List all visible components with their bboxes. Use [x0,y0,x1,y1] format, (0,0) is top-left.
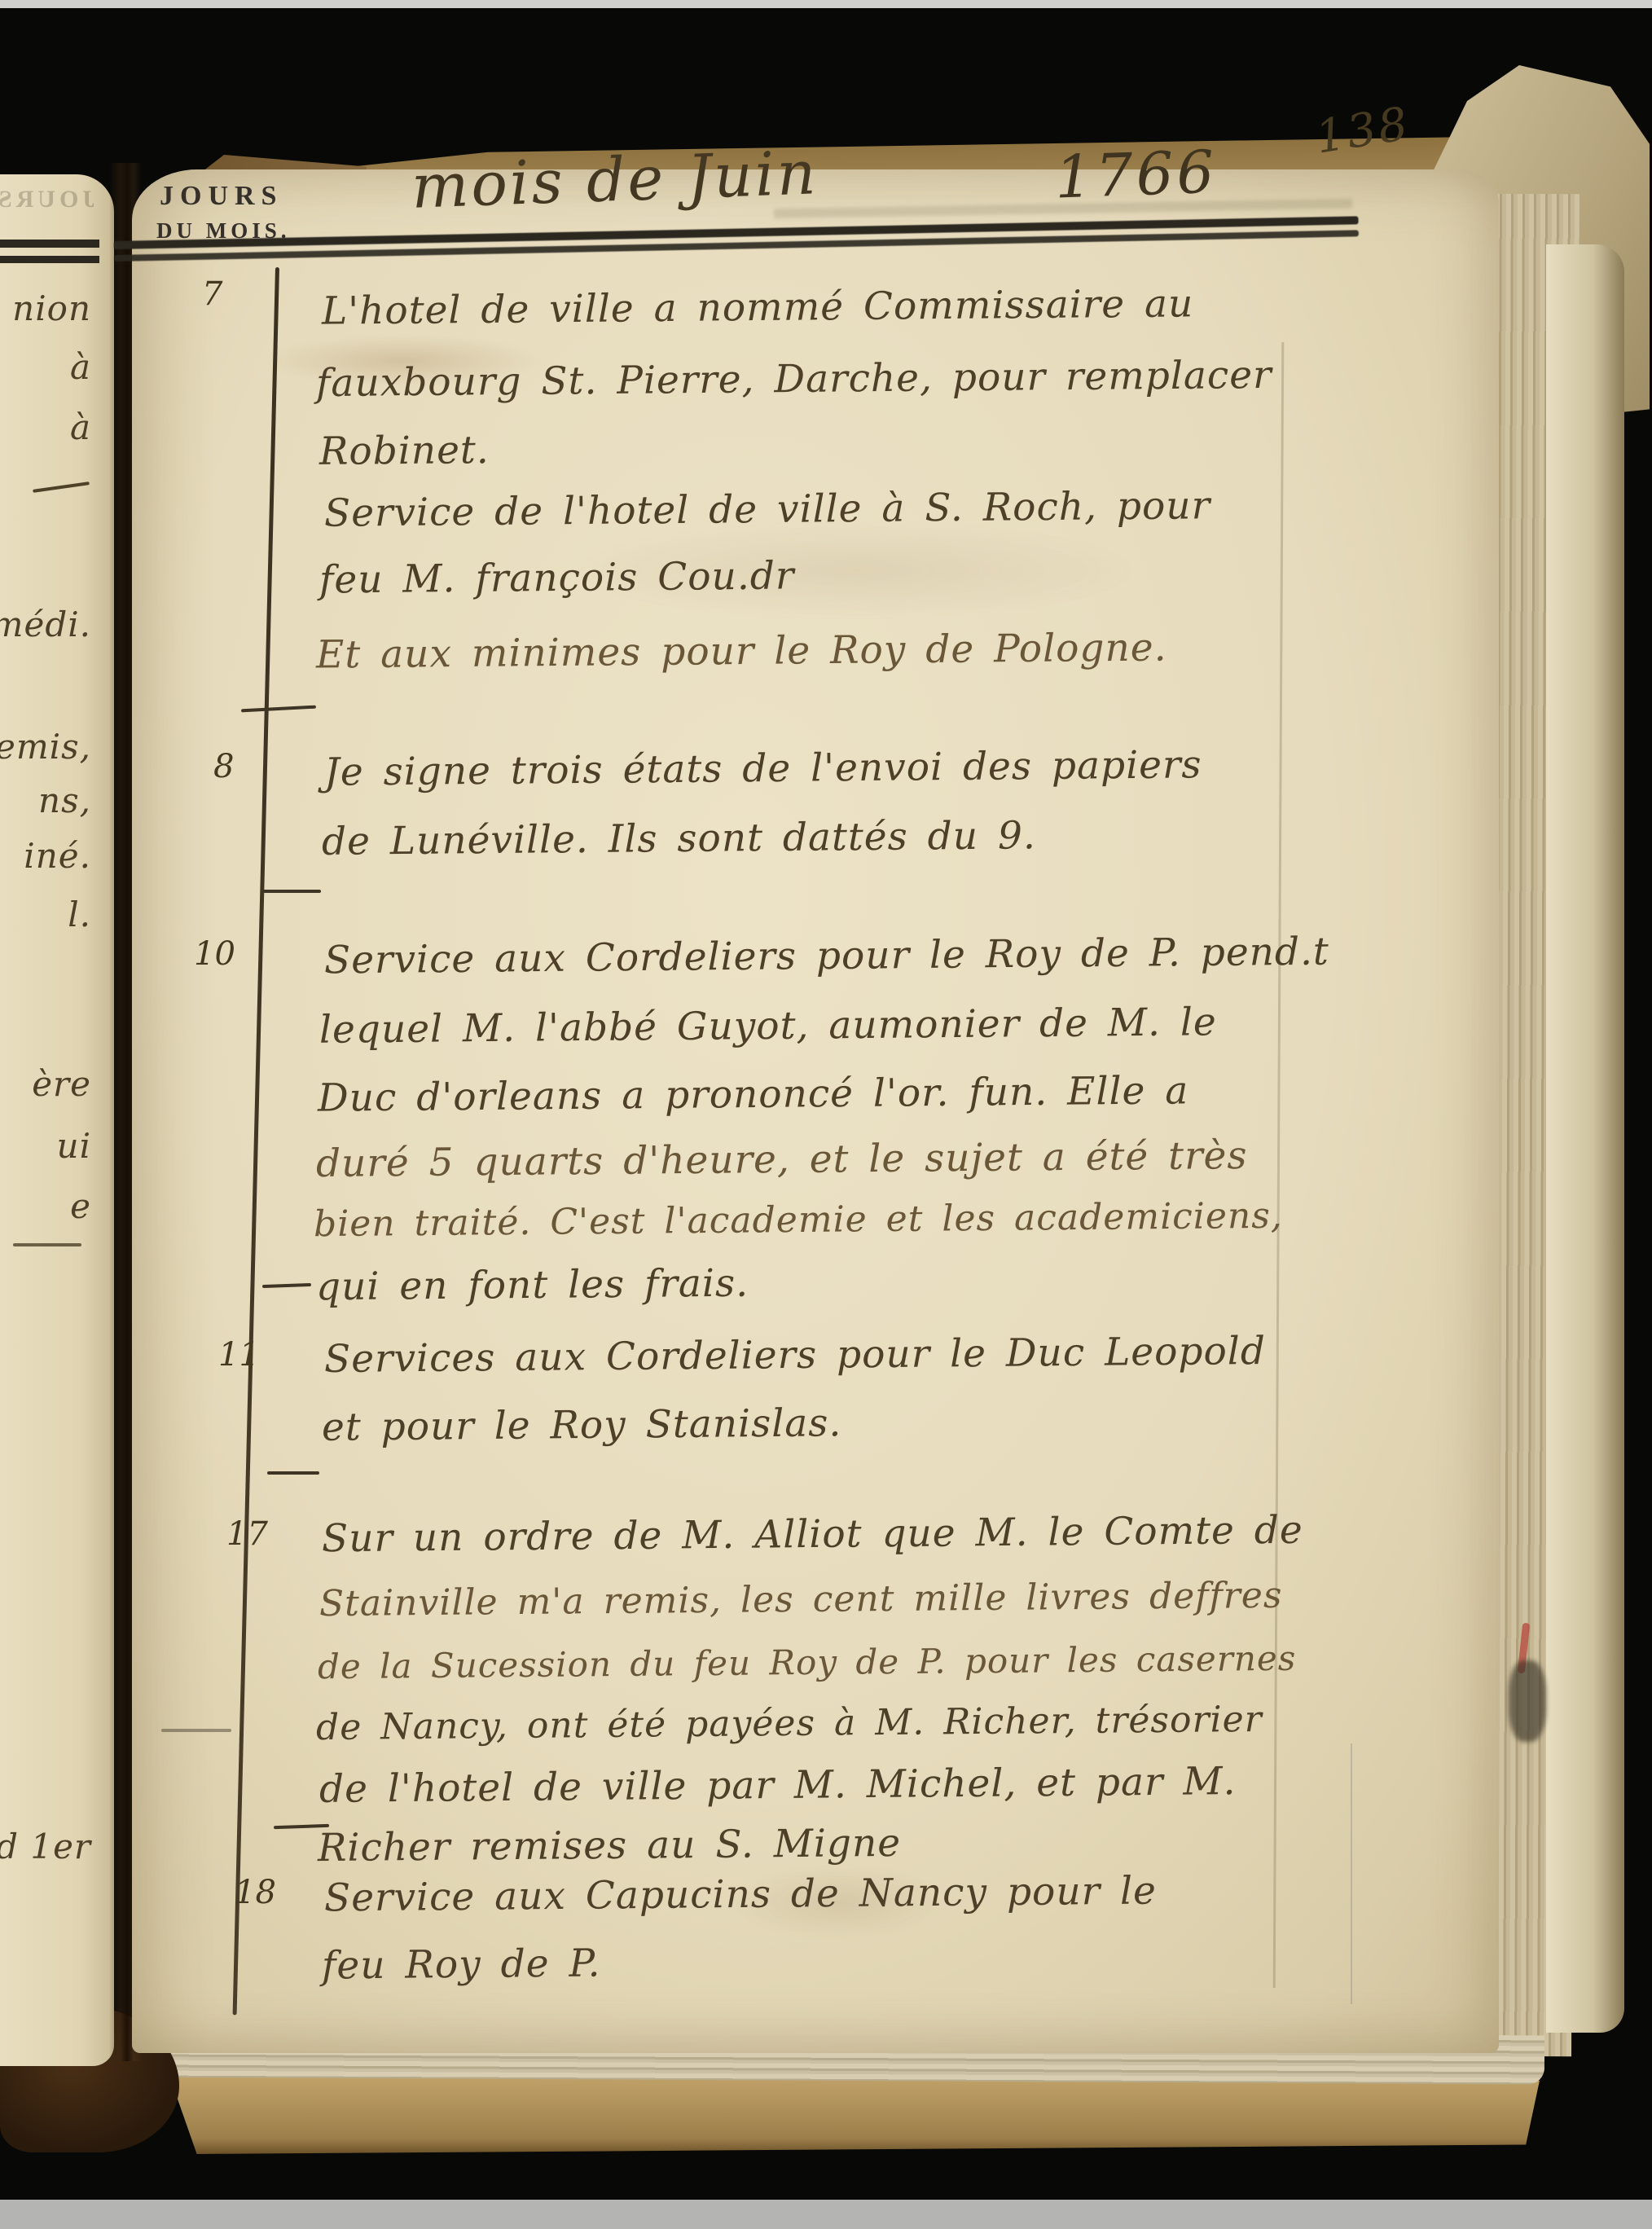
entry-line: Sur un ordre de M. Alliot que M. le Comt… [322,1508,1303,1562]
show-through-header-text: JOURS [0,186,94,213]
entry-separator [262,890,321,893]
entry-line: Service de l'hotel de ville à S. Roch, p… [324,483,1211,535]
book-fore-edge-outer [1546,244,1624,2033]
fore-edge-ink-smudge [1509,1660,1546,1742]
entry-day-number: 8 [213,748,234,785]
entry-line: feu Roy de P. [322,1941,601,1989]
facing-page-rule-bottom [0,256,99,263]
entry-line: duré 5 quarts d'heure, et le sujet a été… [316,1133,1248,1186]
entry-line: Service aux Capucins de Nancy pour le [324,1869,1157,1921]
scanned-journal-page: JOURS nion à à médi. emis, ns, iné. l. è… [0,0,1652,2229]
entry-day-number: 11 [218,1336,260,1374]
entry-day-number: 17 [226,1515,268,1553]
book-bottom-binding-edge [169,2076,1540,2154]
entry-line: lequel M. l'abbé Guyot, aumonier de M. l… [319,1000,1217,1053]
facing-page-text-fragment: à [70,347,91,387]
facing-page-stroke [33,481,90,493]
scanner-bed-edge-top [0,0,1652,8]
entry-line: Et aux minimes pour le Roy de Pologne. [316,625,1167,677]
year-handwritten: 1766 [1054,138,1219,212]
month-title-handwritten: mois de Juin [411,138,819,222]
paper-crease-line [1351,1743,1352,2004]
entry-day-number: 18 [235,1874,276,1911]
entry-line: Robinet. [319,428,490,474]
entry-line: de Lunéville. Ils sont dattés du 9. [322,813,1036,864]
entry-line: qui en font les frais. [316,1261,749,1310]
entry-line: de l'hotel de ville par M. Michel, et pa… [319,1759,1237,1812]
facing-page-text-fragment: emis, [0,727,91,767]
facing-page-text-fragment: l. [68,895,91,934]
entry-line: Stainville m'a remis, les cent mille liv… [319,1575,1283,1624]
facing-page-sliver: JOURS nion à à médi. emis, ns, iné. l. è… [0,174,114,2066]
entry-line: bien traité. C'est l'academie et les aca… [314,1195,1283,1245]
facing-page-text-fragment: ns, [38,780,91,820]
facing-page-rule-top [0,240,99,248]
entry-line: Je signe trois états de l'envoi des papi… [324,742,1202,794]
facing-page-stroke [13,1243,81,1246]
entry-line: L'hotel de ville a nommé Commissaire au [322,281,1194,333]
entry-line: Service aux Cordeliers pour le Roy de P.… [324,930,1329,983]
facing-page-text-fragment: ère [32,1064,91,1104]
entry-line: de la Sucession du feu Roy de P. pour le… [318,1638,1297,1686]
facing-page-text-fragment: nion [12,288,91,328]
entry-line: Duc d'orleans a prononcé l'or. fun. Elle… [318,1068,1189,1120]
facing-page-text-fragment: médi. [0,605,91,644]
entry-line: fauxbourg St. Pierre, Darche, pour rempl… [316,353,1272,406]
facing-page-text-fragment: à [70,407,91,447]
facing-page-text-fragment: d 1er [0,1827,91,1866]
facing-page-text-fragment: iné. [24,836,91,876]
entry-day-number: 10 [194,935,235,973]
entry-line: et pour le Roy Stanislas. [322,1400,842,1450]
scanner-bed-edge-bottom [0,2200,1652,2229]
entry-separator [267,1471,319,1475]
entry-line: de Nancy, ont été payées à M. Richer, tr… [316,1699,1263,1748]
facing-page-text-fragment: e [70,1186,91,1226]
entry-line: Services aux Cordeliers pour le Duc Leop… [324,1329,1266,1382]
entry-separator-faint [161,1729,231,1732]
entry-day-number: 7 [202,275,222,313]
printed-column-header-jours: JOURS [160,181,283,212]
entry-line: Richer remises au S. Migne [318,1821,902,1871]
entry-line: feu M. françois Cou.dr [319,553,795,602]
facing-page-text-fragment: ui [57,1126,91,1166]
